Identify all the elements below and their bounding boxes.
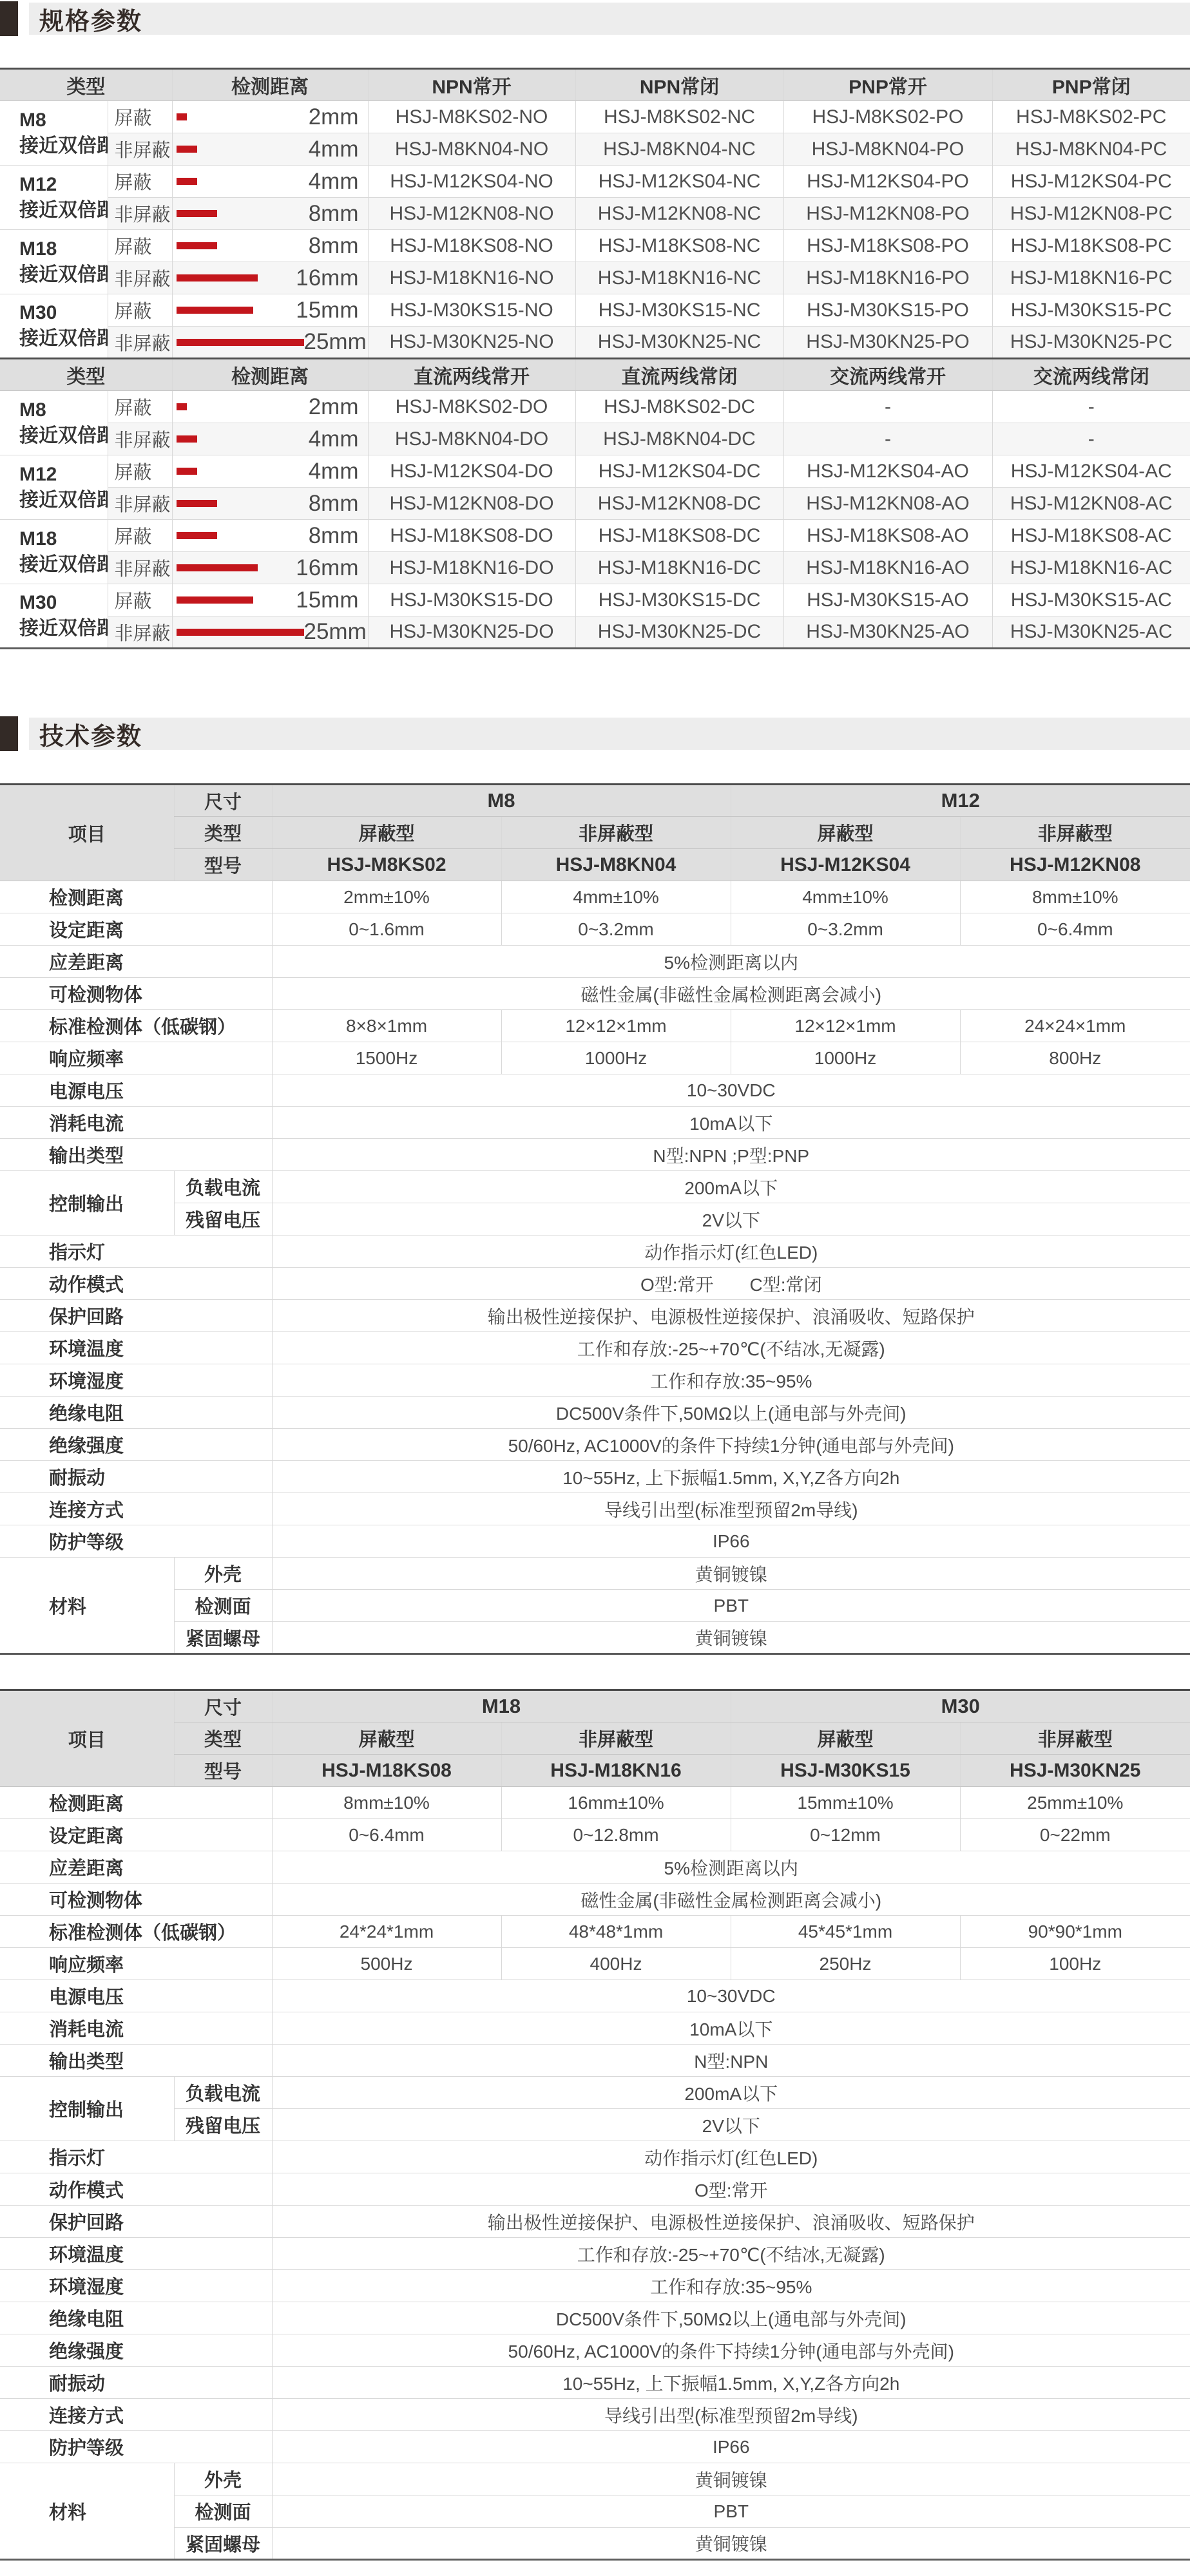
tech-row: 可检测物体磁性金属(非磁性金属检测距离会减小) <box>0 978 1190 1010</box>
distance-cell: 16mm <box>172 552 368 584</box>
tech-row: 响应频率500Hz400Hz250Hz100Hz <box>0 1948 1190 1980</box>
distance-value: 16mm <box>296 265 358 291</box>
model-cell: HSJ-M12KN08-PC <box>992 198 1190 230</box>
distance-cell: 25mm <box>172 327 368 359</box>
model-label: 型号 <box>174 849 272 881</box>
tech-row: 紧固螺母黄铜镀镍 <box>0 2528 1190 2560</box>
tech-header-model-row: 型号HSJ-M8KS02HSJ-M8KN04HSJ-M12KS04HSJ-M12… <box>0 849 1190 881</box>
value-cell: 800Hz <box>960 1042 1190 1074</box>
group-label: 材料 <box>0 2463 174 2560</box>
value-cell: 2mm±10% <box>272 881 501 913</box>
spec-row: M30接近双倍距屏蔽15mmHSJ-M30KS15-NOHSJ-M30KS15-… <box>0 294 1190 327</box>
row-label: 连接方式 <box>0 1493 272 1525</box>
tech-row: 环境湿度工作和存放:35~95% <box>0 2270 1190 2302</box>
model-cell: HSJ-M12KS04-DO <box>368 455 575 488</box>
model-cell: HSJ-M30KS15-NC <box>575 294 783 327</box>
model-cell: HSJ-M18KN16-NC <box>575 262 783 294</box>
tech-row: 耐振动10~55Hz, 上下振幅1.5mm, X,Y,Z各方向2h <box>0 1461 1190 1493</box>
model-cell: HSJ-M8KS02-DC <box>575 391 783 423</box>
value-cell: 8mm±10% <box>960 881 1190 913</box>
tech-row: 指示灯动作指示灯(红色LED) <box>0 1236 1190 1268</box>
shield-type-header: 屏蔽型 <box>272 817 501 849</box>
value-cell: 1500Hz <box>272 1042 501 1074</box>
model-header: HSJ-M12KS04 <box>731 849 960 881</box>
merged-value-cell: 黄铜镀镍 <box>272 1622 1190 1654</box>
shield-cell: 非屏蔽 <box>108 133 172 166</box>
type-note: 接近双倍距 <box>19 423 108 449</box>
model-cell: HSJ-M8KN04-PO <box>783 133 992 166</box>
merged-value-cell: IP66 <box>272 2431 1190 2463</box>
row-label: 输出类型 <box>0 2045 272 2077</box>
shield-type-header: 屏蔽型 <box>731 1722 960 1755</box>
distance-bar <box>177 210 217 217</box>
merged-value-cell: N型:NPN <box>272 2045 1190 2077</box>
value-cell: 0~12.8mm <box>501 1819 731 1851</box>
model-cell: HSJ-M18KS08-NO <box>368 230 575 262</box>
model-cell: HSJ-M12KS04-DC <box>575 455 783 488</box>
sub-label: 外壳 <box>174 2463 272 2495</box>
merged-value-cell: 工作和存放:35~95% <box>272 1364 1190 1397</box>
type-label: 类型 <box>174 817 272 849</box>
model-label: 型号 <box>174 1755 272 1787</box>
tech-row: 检测距离8mm±10%16mm±10%15mm±10%25mm±10% <box>0 1787 1190 1819</box>
size-header: M12 <box>731 785 1190 817</box>
model-cell: HSJ-M12KS04-PO <box>783 166 992 198</box>
model-cell: HSJ-M12KN08-AO <box>783 488 992 520</box>
tech-row: 动作模式O型:常开 C型:常闭 <box>0 1268 1190 1300</box>
row-label: 环境湿度 <box>0 2270 272 2302</box>
value-cell: 16mm±10% <box>501 1787 731 1819</box>
distance-cell: 8mm <box>172 520 368 552</box>
type-note: 接近双倍距 <box>19 133 108 159</box>
row-label: 环境温度 <box>0 1332 272 1364</box>
value-cell: 48*48*1mm <box>501 1916 731 1948</box>
col-header-ac2-nc: 交流两线常闭 <box>992 359 1190 391</box>
distance-bar <box>177 242 217 249</box>
distance-cell: 4mm <box>172 455 368 488</box>
model-cell: - <box>992 391 1190 423</box>
row-label: 电源电压 <box>0 1980 272 2012</box>
value-cell: 500Hz <box>272 1948 501 1980</box>
model-cell: HSJ-M8KS02-NO <box>368 101 575 133</box>
col-header-type: 类型 <box>0 359 172 391</box>
sub-label: 检测面 <box>174 1590 272 1622</box>
model-cell: - <box>783 423 992 455</box>
tech-row: 检测面PBT <box>0 1590 1190 1622</box>
tech-row: 保护回路输出极性逆接保护、电源极性逆接保护、浪涌吸收、短路保护 <box>0 2206 1190 2238</box>
tech-row: 输出类型N型:NPN <box>0 2045 1190 2077</box>
model-cell: HSJ-M12KS04-NO <box>368 166 575 198</box>
distance-bar <box>177 629 304 636</box>
merged-value-cell: 10~55Hz, 上下振幅1.5mm, X,Y,Z各方向2h <box>272 2367 1190 2399</box>
distance-cell: 4mm <box>172 423 368 455</box>
distance-bar <box>177 532 217 539</box>
tech-table-m8-m12: 项目尺寸M8M12 类型屏蔽型非屏蔽型屏蔽型非屏蔽型 型号HSJ-M8KS02H… <box>0 783 1190 1655</box>
tech-row: 设定距离0~6.4mm0~12.8mm0~12mm0~22mm <box>0 1819 1190 1851</box>
model-header: HSJ-M18KN16 <box>501 1755 731 1787</box>
model-cell: HSJ-M30KS15-DC <box>575 584 783 616</box>
model-cell: HSJ-M18KN16-AC <box>992 552 1190 584</box>
row-label: 动作模式 <box>0 1268 272 1300</box>
type-size: M8 <box>19 397 108 423</box>
tech-row: 可检测物体磁性金属(非磁性金属检测距离会减小) <box>0 1884 1190 1916</box>
row-label: 设定距离 <box>0 913 272 946</box>
distance-bar <box>177 113 187 120</box>
tech-row: 环境温度工作和存放:-25~+70℃(不结冰,无凝露) <box>0 2238 1190 2270</box>
group-label: 材料 <box>0 1558 174 1654</box>
row-label: 耐振动 <box>0 2367 272 2399</box>
distance-cell: 8mm <box>172 230 368 262</box>
row-label: 响应频率 <box>0 1948 272 1980</box>
row-label: 动作模式 <box>0 2173 272 2206</box>
model-cell: HSJ-M18KN16-PO <box>783 262 992 294</box>
tech-row: 标准检测体（低碳钢）8×8×1mm12×12×1mm12×12×1mm24×24… <box>0 1010 1190 1042</box>
value-cell: 90*90*1mm <box>960 1916 1190 1948</box>
model-cell: HSJ-M30KN25-AO <box>783 616 992 649</box>
type-cell: M18接近双倍距 <box>0 230 108 294</box>
model-cell: HSJ-M18KS08-DC <box>575 520 783 552</box>
type-size: M12 <box>19 462 108 488</box>
distance-cell: 16mm <box>172 262 368 294</box>
merged-value-cell: IP66 <box>272 1525 1190 1558</box>
merged-value-cell: O型:常开 C型:常闭 <box>272 1268 1190 1300</box>
spec-row: 非屏蔽4mmHSJ-M8KN04-NOHSJ-M8KN04-NCHSJ-M8KN… <box>0 133 1190 166</box>
merged-value-cell: 黄铜镀镍 <box>272 2528 1190 2560</box>
model-cell: HSJ-M12KS04-AC <box>992 455 1190 488</box>
row-label: 电源电压 <box>0 1074 272 1107</box>
model-cell: HSJ-M8KN04-NO <box>368 133 575 166</box>
merged-value-cell: 10~30VDC <box>272 1074 1190 1107</box>
merged-value-cell: 200mA以下 <box>272 1171 1190 1203</box>
row-label: 应差距离 <box>0 1851 272 1884</box>
sub-label: 负载电流 <box>174 1171 272 1203</box>
shield-cell: 屏蔽 <box>108 230 172 262</box>
row-label: 指示灯 <box>0 1236 272 1268</box>
type-note: 接近双倍距 <box>19 198 108 224</box>
distance-cell: 25mm <box>172 616 368 649</box>
model-cell: HSJ-M8KN04-PC <box>992 133 1190 166</box>
section-marker-square <box>0 716 18 751</box>
model-cell: HSJ-M8KN04-DO <box>368 423 575 455</box>
spec-sheet-page: 规格参数 类型检测距离NPN常开NPN常闭PNP常开PNP常闭 M8接近双倍距屏… <box>0 1 1190 2561</box>
col-header-distance: 检测距离 <box>172 359 368 391</box>
row-label: 标准检测体（低碳钢） <box>0 1010 272 1042</box>
shield-cell: 非屏蔽 <box>108 198 172 230</box>
merged-value-cell: 工作和存放:35~95% <box>272 2270 1190 2302</box>
distance-value: 2mm <box>309 104 359 130</box>
value-cell: 0~22mm <box>960 1819 1190 1851</box>
model-cell: HSJ-M30KN25-PO <box>783 327 992 359</box>
model-cell: HSJ-M18KN16-PC <box>992 262 1190 294</box>
merged-value-cell: 黄铜镀镍 <box>272 1558 1190 1590</box>
model-cell: HSJ-M30KN25-DC <box>575 616 783 649</box>
model-cell: HSJ-M18KN16-DC <box>575 552 783 584</box>
value-cell: 1000Hz <box>731 1042 960 1074</box>
model-header: HSJ-M30KN25 <box>960 1755 1190 1787</box>
merged-value-cell: 5%检测距离以内 <box>272 1851 1190 1884</box>
section-title-tech: 技术参数 <box>29 716 142 752</box>
distance-bar <box>177 564 258 571</box>
row-label: 标准检测体（低碳钢） <box>0 1916 272 1948</box>
row-label: 环境温度 <box>0 2238 272 2270</box>
model-cell: HSJ-M30KS15-NO <box>368 294 575 327</box>
model-cell: HSJ-M18KS08-AO <box>783 520 992 552</box>
type-note: 接近双倍距 <box>19 552 108 578</box>
shield-cell: 非屏蔽 <box>108 262 172 294</box>
type-size: M12 <box>19 172 108 198</box>
tech-row: 输出类型N型:NPN ;P型:PNP <box>0 1139 1190 1171</box>
type-size: M18 <box>19 526 108 552</box>
col-header-distance: 检测距离 <box>172 69 368 101</box>
tech-row: 消耗电流10mA以下 <box>0 1107 1190 1139</box>
row-label: 应差距离 <box>0 946 272 978</box>
model-cell: HSJ-M12KN08-NO <box>368 198 575 230</box>
spec-row: 非屏蔽16mmHSJ-M18KN16-NOHSJ-M18KN16-NCHSJ-M… <box>0 262 1190 294</box>
spec-row: 非屏蔽16mmHSJ-M18KN16-DOHSJ-M18KN16-DCHSJ-M… <box>0 552 1190 584</box>
tech-row: 残留电压2V以下 <box>0 2109 1190 2141</box>
model-cell: HSJ-M12KN08-AC <box>992 488 1190 520</box>
spec-header-row-1: 类型检测距离NPN常开NPN常闭PNP常开PNP常闭 <box>0 69 1190 101</box>
tech-row: 绝缘电阻DC500V条件下,50MΩ以上(通电部与外壳间) <box>0 1397 1190 1429</box>
distance-bar <box>177 178 197 185</box>
model-cell: HSJ-M18KN16-AO <box>783 552 992 584</box>
spec-row: 非屏蔽25mmHSJ-M30KN25-DOHSJ-M30KN25-DCHSJ-M… <box>0 616 1190 649</box>
tech-header-type-row: 类型屏蔽型非屏蔽型屏蔽型非屏蔽型 <box>0 1722 1190 1755</box>
distance-value: 8mm <box>309 233 359 259</box>
value-cell: 0~6.4mm <box>272 1819 501 1851</box>
shield-type-header: 非屏蔽型 <box>960 1722 1190 1755</box>
section-title-band: 规格参数 <box>29 3 1190 35</box>
shield-type-header: 非屏蔽型 <box>501 1722 731 1755</box>
merged-value-cell: 黄铜镀镍 <box>272 2463 1190 2495</box>
model-header: HSJ-M12KN08 <box>960 849 1190 881</box>
distance-value: 8mm <box>309 523 359 549</box>
merged-value-cell: 50/60Hz, AC1000V的条件下持续1分钟(通电部与外壳间) <box>272 2334 1190 2367</box>
model-cell: HSJ-M8KN04-DC <box>575 423 783 455</box>
tech-row: 材料外壳黄铜镀镍 <box>0 1558 1190 1590</box>
tech-row: 电源电压10~30VDC <box>0 1980 1190 2012</box>
value-cell: 100Hz <box>960 1948 1190 1980</box>
merged-value-cell: 2V以下 <box>272 2109 1190 2141</box>
spec-row: 非屏蔽8mmHSJ-M12KN08-NOHSJ-M12KN08-NCHSJ-M1… <box>0 198 1190 230</box>
distance-value: 2mm <box>309 394 359 420</box>
model-cell: HSJ-M30KS15-AO <box>783 584 992 616</box>
merged-value-cell: 输出极性逆接保护、电源极性逆接保护、浪涌吸收、短路保护 <box>272 2206 1190 2238</box>
tech-row: 绝缘电阻DC500V条件下,50MΩ以上(通电部与外壳间) <box>0 2302 1190 2334</box>
value-cell: 0~3.2mm <box>731 913 960 946</box>
merged-value-cell: 工作和存放:-25~+70℃(不结冰,无凝露) <box>272 1332 1190 1364</box>
model-cell: HSJ-M30KN25-AC <box>992 616 1190 649</box>
merged-value-cell: 10~55Hz, 上下振幅1.5mm, X,Y,Z各方向2h <box>272 1461 1190 1493</box>
row-label: 检测距离 <box>0 1787 272 1819</box>
shield-type-header: 屏蔽型 <box>272 1722 501 1755</box>
shield-cell: 屏蔽 <box>108 520 172 552</box>
type-cell: M30接近双倍距 <box>0 294 108 359</box>
model-cell: HSJ-M30KN25-DO <box>368 616 575 649</box>
item-header: 项目 <box>0 785 174 881</box>
merged-value-cell: 磁性金属(非磁性金属检测距离会减小) <box>272 1884 1190 1916</box>
value-cell: 24×24×1mm <box>960 1010 1190 1042</box>
model-cell: HSJ-M30KN25-PC <box>992 327 1190 359</box>
shield-cell: 屏蔽 <box>108 455 172 488</box>
row-label: 响应频率 <box>0 1042 272 1074</box>
merged-value-cell: 2V以下 <box>272 1203 1190 1236</box>
model-cell: HSJ-M30KS15-DO <box>368 584 575 616</box>
shield-cell: 屏蔽 <box>108 101 172 133</box>
tech-row: 紧固螺母黄铜镀镍 <box>0 1622 1190 1654</box>
value-cell: 24*24*1mm <box>272 1916 501 1948</box>
model-cell: HSJ-M18KS08-AC <box>992 520 1190 552</box>
merged-value-cell: N型:NPN ;P型:PNP <box>272 1139 1190 1171</box>
tech-row: 控制输出负载电流200mA以下 <box>0 2077 1190 2109</box>
shield-cell: 非屏蔽 <box>108 552 172 584</box>
model-cell: HSJ-M12KS04-AO <box>783 455 992 488</box>
tech-row: 材料外壳黄铜镀镍 <box>0 2463 1190 2495</box>
spec-row: M8接近双倍距屏蔽2mmHSJ-M8KS02-DOHSJ-M8KS02-DC-- <box>0 391 1190 423</box>
tech-header-size-row: 项目尺寸M18M30 <box>0 1690 1190 1722</box>
row-label: 可检测物体 <box>0 978 272 1010</box>
type-size: M30 <box>19 300 108 326</box>
distance-value: 16mm <box>296 555 358 581</box>
col-header-ac2-no: 交流两线常开 <box>783 359 992 391</box>
value-cell: 0~1.6mm <box>272 913 501 946</box>
type-note: 接近双倍距 <box>19 326 108 352</box>
tech-row: 响应频率1500Hz1000Hz1000Hz800Hz <box>0 1042 1190 1074</box>
value-cell: 0~6.4mm <box>960 913 1190 946</box>
model-cell: HSJ-M30KN25-NC <box>575 327 783 359</box>
distance-cell: 15mm <box>172 584 368 616</box>
row-label: 防护等级 <box>0 2431 272 2463</box>
tech-row: 指示灯动作指示灯(红色LED) <box>0 2141 1190 2173</box>
type-cell: M12接近双倍距 <box>0 455 108 520</box>
distance-value: 4mm <box>309 169 359 195</box>
type-cell: M18接近双倍距 <box>0 520 108 584</box>
row-label: 防护等级 <box>0 1525 272 1558</box>
model-cell: - <box>992 423 1190 455</box>
col-header-pnp-nc: PNP常闭 <box>992 69 1190 101</box>
shield-cell: 非屏蔽 <box>108 423 172 455</box>
model-cell: HSJ-M30KS15-PO <box>783 294 992 327</box>
tech-row: 连接方式导线引出型(标准型预留2m导线) <box>0 2399 1190 2431</box>
sub-label: 负载电流 <box>174 2077 272 2109</box>
distance-cell: 2mm <box>172 101 368 133</box>
model-cell: HSJ-M18KN16-NO <box>368 262 575 294</box>
merged-value-cell: 10~30VDC <box>272 1980 1190 2012</box>
model-header: HSJ-M8KN04 <box>501 849 731 881</box>
merged-value-cell: 5%检测距离以内 <box>272 946 1190 978</box>
tech-table-m18-m30: 项目尺寸M18M30 类型屏蔽型非屏蔽型屏蔽型非屏蔽型 型号HSJ-M18KS0… <box>0 1689 1190 2561</box>
tech-row: 绝缘强度50/60Hz, AC1000V的条件下持续1分钟(通电部与外壳间) <box>0 1429 1190 1461</box>
merged-value-cell: 10mA以下 <box>272 2012 1190 2045</box>
model-cell: HSJ-M12KN08-NC <box>575 198 783 230</box>
col-header-dc2-no: 直流两线常开 <box>368 359 575 391</box>
tech-row: 保护回路输出极性逆接保护、电源极性逆接保护、浪涌吸收、短路保护 <box>0 1300 1190 1332</box>
merged-value-cell: DC500V条件下,50MΩ以上(通电部与外壳间) <box>272 1397 1190 1429</box>
distance-value: 8mm <box>309 491 359 517</box>
model-cell: - <box>783 391 992 423</box>
spec-row: M12接近双倍距屏蔽4mmHSJ-M12KS04-NOHSJ-M12KS04-N… <box>0 166 1190 198</box>
col-header-npn-nc: NPN常闭 <box>575 69 783 101</box>
merged-value-cell: 磁性金属(非磁性金属检测距离会减小) <box>272 978 1190 1010</box>
shield-cell: 非屏蔽 <box>108 327 172 359</box>
model-cell: HSJ-M18KS08-PO <box>783 230 992 262</box>
tech-row: 环境湿度工作和存放:35~95% <box>0 1364 1190 1397</box>
distance-value: 4mm <box>309 137 359 162</box>
row-label: 环境湿度 <box>0 1364 272 1397</box>
distance-bar <box>177 307 253 314</box>
sub-label: 检测面 <box>174 2495 272 2528</box>
tech-row: 动作模式O型:常开 <box>0 2173 1190 2206</box>
type-cell: M8接近双倍距 <box>0 101 108 166</box>
value-cell: 8×8×1mm <box>272 1010 501 1042</box>
section-title-band: 技术参数 <box>29 718 1190 750</box>
model-header: HSJ-M8KS02 <box>272 849 501 881</box>
distance-cell: 4mm <box>172 133 368 166</box>
value-cell: 400Hz <box>501 1948 731 1980</box>
row-label: 消耗电流 <box>0 1107 272 1139</box>
distance-value: 15mm <box>296 298 358 323</box>
distance-bar <box>177 468 197 475</box>
model-cell: HSJ-M8KS02-PC <box>992 101 1190 133</box>
col-header-pnp-no: PNP常开 <box>783 69 992 101</box>
sub-label: 紧固螺母 <box>174 1622 272 1654</box>
type-size: M8 <box>19 108 108 133</box>
dim-label: 尺寸 <box>174 1690 272 1722</box>
shield-type-header: 屏蔽型 <box>731 817 960 849</box>
tech-row: 电源电压10~30VDC <box>0 1074 1190 1107</box>
tech-row: 连接方式导线引出型(标准型预留2m导线) <box>0 1493 1190 1525</box>
spec-row: 非屏蔽8mmHSJ-M12KN08-DOHSJ-M12KN08-DCHSJ-M1… <box>0 488 1190 520</box>
spec-row: 非屏蔽25mmHSJ-M30KN25-NOHSJ-M30KN25-NCHSJ-M… <box>0 327 1190 359</box>
section-marker-square <box>0 1 18 36</box>
shield-cell: 屏蔽 <box>108 166 172 198</box>
value-cell: 15mm±10% <box>731 1787 960 1819</box>
tech-header-type-row: 类型屏蔽型非屏蔽型屏蔽型非屏蔽型 <box>0 817 1190 849</box>
spec-table: 类型检测距离NPN常开NPN常闭PNP常开PNP常闭 M8接近双倍距屏蔽2mmH… <box>0 68 1190 649</box>
tech-row: 应差距离5%检测距离以内 <box>0 1851 1190 1884</box>
merged-value-cell: 200mA以下 <box>272 2077 1190 2109</box>
tech-row: 检测距离2mm±10%4mm±10%4mm±10%8mm±10% <box>0 881 1190 913</box>
merged-value-cell: DC500V条件下,50MΩ以上(通电部与外壳间) <box>272 2302 1190 2334</box>
model-header: HSJ-M30KS15 <box>731 1755 960 1787</box>
spec-section-header: 规格参数 <box>0 1 1190 36</box>
shield-cell: 屏蔽 <box>108 294 172 327</box>
merged-value-cell: O型:常开 <box>272 2173 1190 2206</box>
sub-label: 紧固螺母 <box>174 2528 272 2560</box>
shield-cell: 屏蔽 <box>108 391 172 423</box>
row-label: 检测距离 <box>0 881 272 913</box>
row-label: 输出类型 <box>0 1139 272 1171</box>
model-header: HSJ-M18KS08 <box>272 1755 501 1787</box>
type-cell: M30接近双倍距 <box>0 584 108 649</box>
type-cell: M8接近双倍距 <box>0 391 108 455</box>
distance-cell: 15mm <box>172 294 368 327</box>
spec-row: M12接近双倍距屏蔽4mmHSJ-M12KS04-DOHSJ-M12KS04-D… <box>0 455 1190 488</box>
distance-cell: 8mm <box>172 488 368 520</box>
distance-bar <box>177 339 304 346</box>
merged-value-cell: 动作指示灯(红色LED) <box>272 1236 1190 1268</box>
row-label: 保护回路 <box>0 1300 272 1332</box>
tech-row: 环境温度工作和存放:-25~+70℃(不结冰,无凝露) <box>0 1332 1190 1364</box>
tech-row: 标准检测体（低碳钢）24*24*1mm48*48*1mm45*45*1mm90*… <box>0 1916 1190 1948</box>
distance-bar <box>177 274 258 281</box>
model-cell: HSJ-M12KN08-DO <box>368 488 575 520</box>
row-label: 绝缘电阻 <box>0 2302 272 2334</box>
distance-cell: 2mm <box>172 391 368 423</box>
row-label: 绝缘强度 <box>0 1429 272 1461</box>
size-header: M18 <box>272 1690 731 1722</box>
value-cell: 1000Hz <box>501 1042 731 1074</box>
